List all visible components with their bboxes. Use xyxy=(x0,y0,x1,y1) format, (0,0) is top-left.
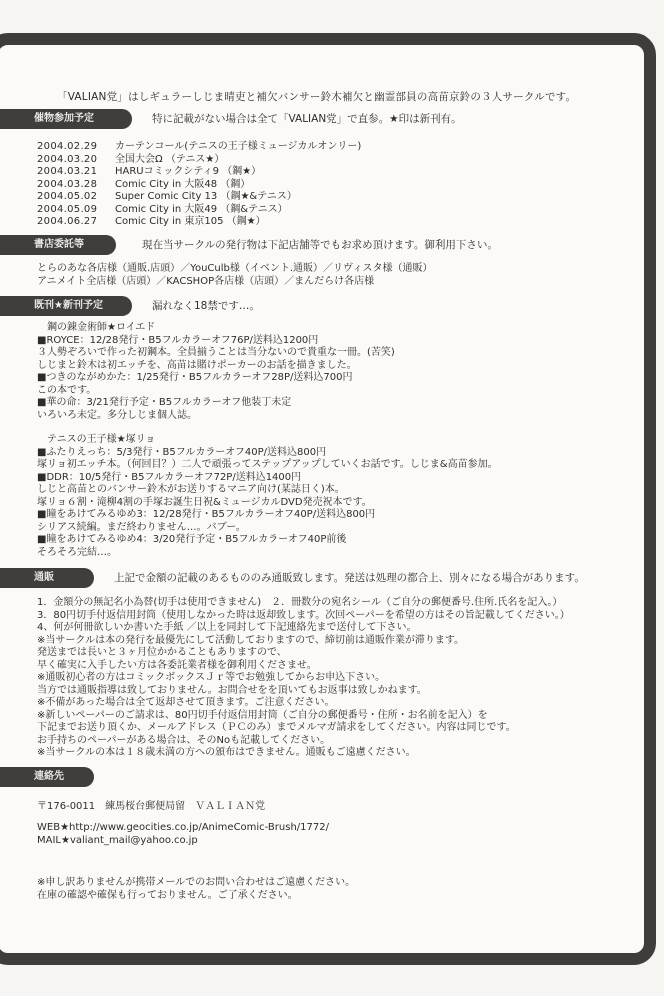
event-row: 2004.05.09Comic City in 大阪49 （鋼&テニス） xyxy=(37,204,361,217)
releases-note: 漏れなく18禁です…。 xyxy=(152,296,260,316)
mailorder-note: 上記で金額の記載のあるもののみ通販致します。発送は処理の都合上、別々になる場合が… xyxy=(114,568,585,588)
event-date: 2004.03.28 xyxy=(37,179,115,192)
event-row: 2004.03.28Comic City in 大阪48 （鋼） xyxy=(37,179,361,192)
section-header-mailorder: 通販 xyxy=(0,568,94,588)
mailorder-line: 早く確実に入手したい方は各委託業者様を御利用くださませ。 xyxy=(37,660,570,673)
release-line: ■華の命：3/21発行予定・B5フルカラーオフ他装丁未定 xyxy=(37,397,395,410)
shop-line: とらのあな各店様（通販.店頭）／YouCulb様（イベント.通販）／リヴィスタ様… xyxy=(37,263,432,276)
mailorder-line: お手持ちのペーパーがある場合は、そのNoも記載してください。 xyxy=(37,735,570,748)
event-row: 2004.02.29カーテンコール(テニスの王子様ミュージカルオンリー) xyxy=(37,141,361,154)
release-line: ■ROYCE：12/28発行・B5フルカラーオフ76P/送料込1200円 xyxy=(37,335,395,348)
event-name: カーテンコール(テニスの王子様ミュージカルオンリー) xyxy=(115,141,361,154)
mailorder-line: ※通販初心者の方はコミックボックスＪｒ等でお勉強してからお申込下さい。 xyxy=(37,672,570,685)
event-row: 2004.03.20全国大会Ω （テニス★） xyxy=(37,154,361,167)
release-group-title: テニスの王子様★塚リョ xyxy=(37,434,498,447)
release-line: この本です。 xyxy=(37,385,395,398)
event-row: 2004.05.02Super Comic City 13 （鋼★&テニス） xyxy=(37,191,361,204)
release-line: いろいろ未定。多分しじま個人誌。 xyxy=(37,410,395,423)
release-line: ■DDR：10/5発行・B5フルカラーオフ72P/送料込1400円 xyxy=(37,472,498,485)
mailorder-line: 1．金額分の無記名小為替(切手は使用できません) ２．冊数分の宛名シール（ご自分… xyxy=(37,597,570,610)
mailorder-line: ※当サークルは本の発行を最優先にして活動しておりますので、締切前は通販作業が滞り… xyxy=(37,635,570,648)
release-line: 塚リョ初エッチ本。（何回目？）二人で頑張ってステップアップしていくお話です。しじ… xyxy=(37,459,498,472)
release-group-title: 鋼の錬金術師★ロイエド xyxy=(37,322,395,335)
event-date: 2004.06.27 xyxy=(37,216,115,229)
circle-intro: 「VALIAN党」はしギュラーしじま晴吏と補欠バンサー鈴木補欠と幽霊部員の高苗京… xyxy=(57,89,576,104)
section-header-releases: 既刊★新刊予定 xyxy=(0,296,132,316)
event-name: Comic City in 東京105 （鋼★） xyxy=(115,216,266,229)
release-line: ■つきのながめかた：1/25発行・B5フルカラーオフ28P/送料込700円 xyxy=(37,372,395,385)
mailorder-list: 1．金額分の無記名小為替(切手は使用できません) ２．冊数分の宛名シール（ご自分… xyxy=(37,597,570,760)
event-name: 全国大会Ω （テニス★） xyxy=(115,154,224,167)
release-line: 塚リョ６割・滝柳4割の手塚お誕生日祝&ミュージカルDVD発売祝本です。 xyxy=(37,497,498,510)
mailorder-line: 下記までお送り頂くか、メールアドレス（ＰＣのみ）までメルマガ請求をしてください。… xyxy=(37,722,570,735)
mailorder-line: ※新しいペーパーのご請求は、80円切手付返信用封筒（ご自分の郵便番号・住所・お名… xyxy=(37,710,570,723)
contact-note-line: 在庫の確認や確保も行っておりません。ご了承ください。 xyxy=(37,890,355,903)
mailorder-line: 4、何が何冊欲しいか書いた手紙 ／以上を同封して下記連絡先まで送付して下さい。 xyxy=(37,622,570,635)
event-name: Comic City in 大阪49 （鋼&テニス） xyxy=(115,204,288,217)
event-row: 2004.03.21HARUコミックシティ9 （鋼★） xyxy=(37,166,361,179)
mailorder-line: 当方では通販指導は致しておりません。お問合せをを頂いてもお返事は致しかねます。 xyxy=(37,685,570,698)
release-line: ３人勢ぞろいで作った初鋼本。全員揃うことは当分ないので貴重な一冊。(苦笑) xyxy=(37,347,395,360)
contact-address: 〒176-0011 練馬桜台郵便局留 ＶＡＬＩＡＮ党 xyxy=(37,801,265,814)
contact-note-line: ※申し訳ありませんが携帯メールでのお問い合わせはご遠慮ください。 xyxy=(37,877,355,890)
shops-note: 現在当サークルの発行物は下記店舗等でもお求め頂けます。御利用下さい。 xyxy=(142,235,498,255)
contact-mail-link[interactable]: MAIL★valiant_mail@yahoo.co.jp xyxy=(37,835,198,848)
events-list: 2004.02.29カーテンコール(テニスの王子様ミュージカルオンリー) 200… xyxy=(37,141,361,229)
section-header-shops: 書店委託等 xyxy=(0,235,116,255)
mailorder-line: ※当サークルの本は１８歳未満の方への頒布はできません。通販もご遠慮ください。 xyxy=(37,747,570,760)
event-name: HARUコミックシティ9 （鋼★） xyxy=(115,166,261,179)
release-line: ■瞳をあけてみるゆめ4：3/20発行予定・B5フルカラーオフ40P前後 xyxy=(37,534,498,547)
release-line: しじと高苗とのバンサー鈴木がお送りするマニア向け(某誌日く)本。 xyxy=(37,484,498,497)
contact-notes: ※申し訳ありませんが携帯メールでのお問い合わせはご遠慮ください。 在庫の確認や確… xyxy=(37,877,355,902)
section-header-events: 催物参加予定 xyxy=(0,109,132,129)
events-note: 特に記載がない場合は全て「VALIAN党」で直参。★印は新刊有。 xyxy=(152,109,462,129)
mailorder-line: ※不備があった場合は全て返却させて頂きます。ご注意ください。 xyxy=(37,697,570,710)
event-date: 2004.05.09 xyxy=(37,204,115,217)
release-line: そろそろ完結…。 xyxy=(37,547,498,560)
shop-line: アニメイト全店様（店頭）／KACSHOP各店様（店頭）／まんだらけ各店様 xyxy=(37,276,432,289)
releases-group-tennis: テニスの王子様★塚リョ ■ふたりえっち：5/3発行・B5フルカラーオフ40P/送… xyxy=(37,434,498,559)
event-name: Super Comic City 13 （鋼★&テニス） xyxy=(115,191,297,204)
event-name: Comic City in 大阪48 （鋼） xyxy=(115,179,250,192)
contact-web-link[interactable]: WEB★http://www.geocities.co.jp/AnimeComi… xyxy=(37,822,329,835)
event-date: 2004.03.21 xyxy=(37,166,115,179)
release-line: ■ふたりえっち：5/3発行・B5フルカラーオフ40P/送料込800円 xyxy=(37,447,498,460)
shops-list: とらのあな各店様（通販.店頭）／YouCulb様（イベント.通販）／リヴィスタ様… xyxy=(37,263,432,288)
event-date: 2004.02.29 xyxy=(37,141,115,154)
event-row: 2004.06.27Comic City in 東京105 （鋼★） xyxy=(37,216,361,229)
mailorder-line: 3．80円切手付返信用封筒（使用しなかった時は返却致します。次回ペーパーを希望の… xyxy=(37,610,570,623)
event-date: 2004.03.20 xyxy=(37,154,115,167)
event-date: 2004.05.02 xyxy=(37,191,115,204)
release-line: しじまと鈴木は初エッチを、高苗は賭けポーカーのお話を描きました。 xyxy=(37,360,395,373)
section-header-contact: 連絡先 xyxy=(0,767,94,787)
release-line: シリアス続編。まだ終わりません…。バブー。 xyxy=(37,522,498,535)
release-line: ■瞳をあけてみるゆめ3：12/28発行・B5フルカラーオフ40P/送料込800円 xyxy=(37,509,498,522)
releases-group-fma: 鋼の錬金術師★ロイエド ■ROYCE：12/28発行・B5フルカラーオフ76P/… xyxy=(37,322,395,422)
mailorder-line: 発送までは長いと３ヶ月位かかることもありますので、 xyxy=(37,647,570,660)
